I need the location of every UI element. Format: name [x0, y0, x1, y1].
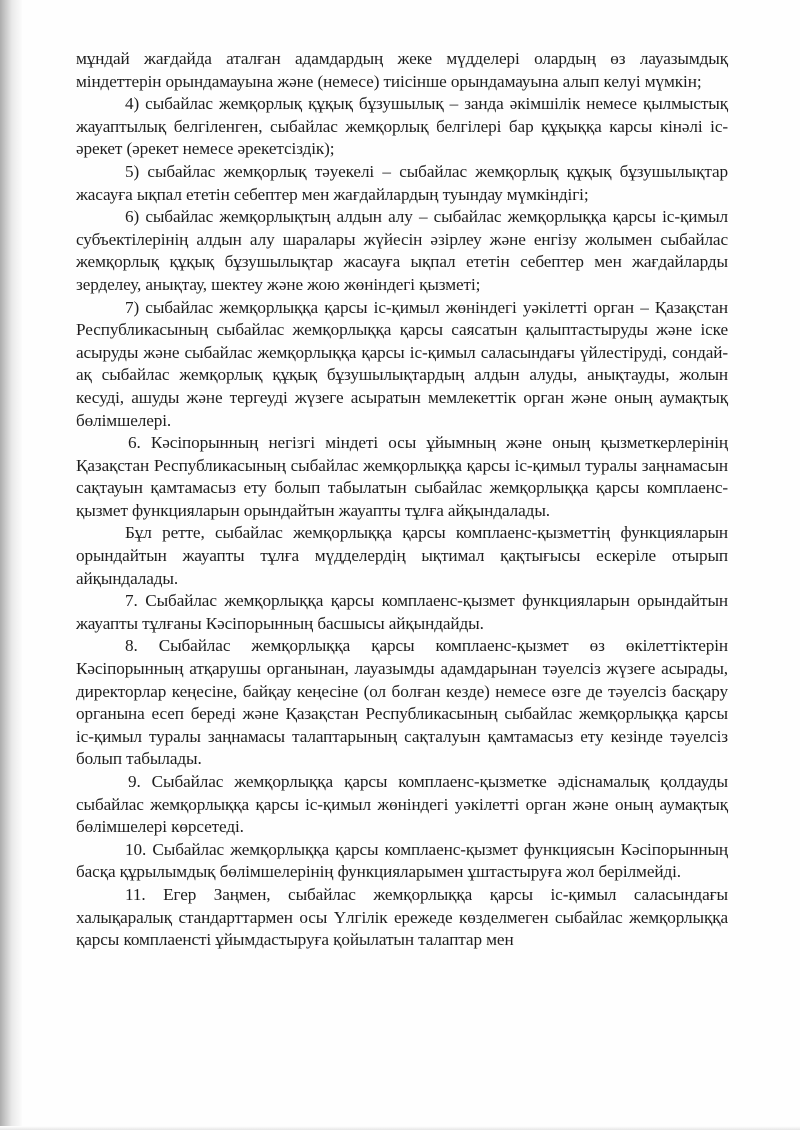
paragraph-continuation: мұндай жағдайда аталған адамдардың жеке …	[76, 48, 728, 93]
document-body: мұндай жағдайда аталған адамдардың жеке …	[76, 48, 728, 952]
paragraph-item-8: 8. Сыбайлас жемқорлыққа қарсы комплаенс-…	[76, 635, 728, 771]
paragraph-definition-4: 4) сыбайлас жемқорлық құқық бұзушылық – …	[76, 93, 728, 161]
paragraph-item-9: 9. Сыбайлас жемқорлыққа қарсы комплаенс-…	[76, 771, 728, 839]
paragraph-item-11: 11. Егер Заңмен, сыбайлас жемқорлыққа қа…	[76, 884, 728, 952]
paragraph-item-7: 7. Сыбайлас жемқорлыққа қарсы комплаенс-…	[76, 590, 728, 635]
paragraph-definition-6: 6) сыбайлас жемқорлықтың алдын алу – сыб…	[76, 206, 728, 296]
paragraph-item-10: 10. Сыбайлас жемқорлыққа қарсы комплаенс…	[76, 839, 728, 884]
scan-edge-shadow	[0, 0, 22, 1130]
scan-bottom-edge	[0, 1126, 800, 1130]
paragraph-definition-5: 5) сыбайлас жемқорлық тәуекелі – сыбайла…	[76, 161, 728, 206]
paragraph-item-6: 6. Кәсіпорынның негізгі міндеті осы ұйым…	[76, 432, 728, 522]
scanned-document-page: мұндай жағдайда аталған адамдардың жеке …	[0, 0, 800, 1130]
paragraph-definition-7: 7) сыбайлас жемқорлыққа қарсы іс-қимыл ж…	[76, 297, 728, 433]
paragraph-item-6-note: Бұл ретте, сыбайлас жемқорлыққа қарсы ко…	[76, 522, 728, 590]
